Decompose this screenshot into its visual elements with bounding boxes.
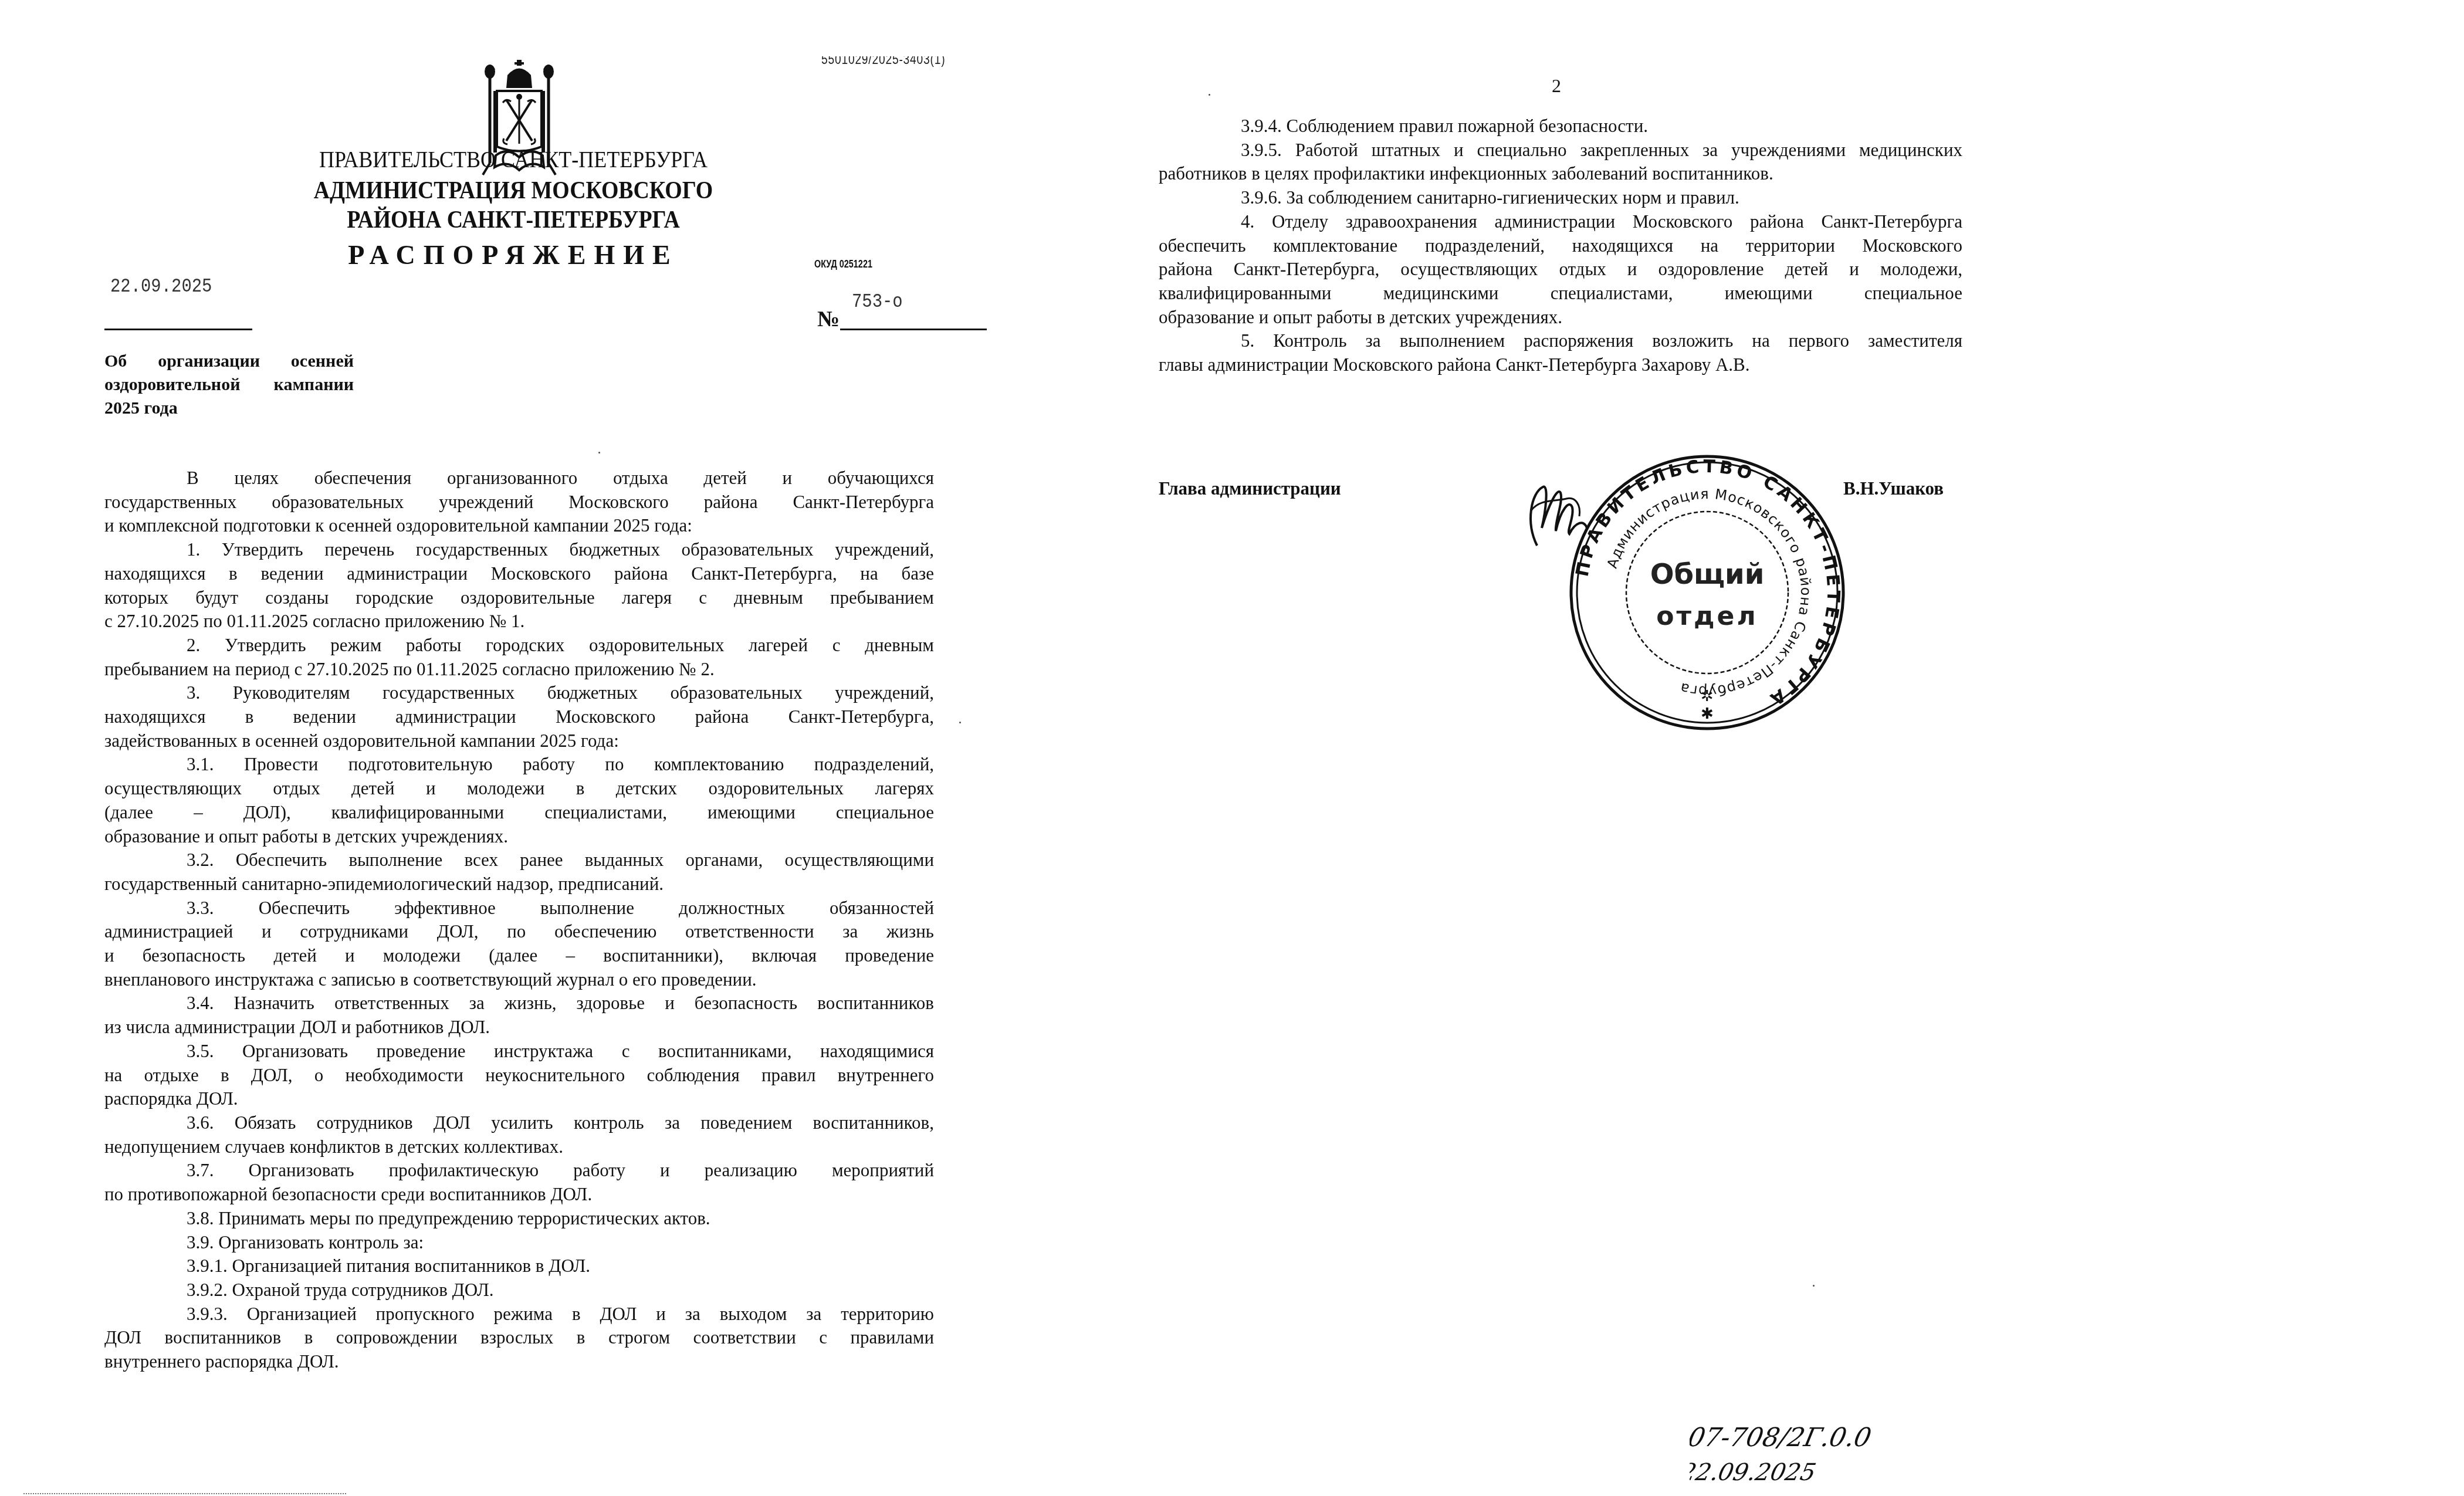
paragraph: 3.9.2. Охраной труда сотрудников ДОЛ. [104, 1278, 934, 1302]
paragraph: 5. Контроль за выполнением распоряжения … [1159, 329, 1962, 377]
paragraph: 3.9.3. Организацией пропускного режима в… [104, 1302, 934, 1374]
text-line: осуществляющих отдых детей и молодежи в … [104, 777, 934, 801]
page-2-body: 3.9.4. Соблюдением правил пожарной безоп… [1159, 114, 1962, 377]
scan-speck [598, 452, 600, 453]
subject-line: Об организации осенней [104, 350, 354, 373]
paragraph: 3.9. Организовать контроль за: [104, 1231, 934, 1255]
text-line: 3.9.5. Работой штатных и специально закр… [1159, 138, 1962, 163]
svg-text:Администрация Московского райо: Администрация Московского района Санкт-П… [1604, 486, 1814, 699]
document-number: 753-о [852, 291, 903, 313]
paragraph: 3.6. Обязать сотрудников ДОЛ усилить кон… [104, 1111, 934, 1159]
text-line: 3.1. Провести подготовительную работу по… [104, 753, 934, 777]
text-line: 3.7. Организовать профилактическую работ… [104, 1159, 934, 1183]
text-line: (далее – ДОЛ), квалифицированными специа… [104, 801, 934, 825]
government-title: ПРАВИТЕЛЬСТВО САНКТ-ПЕТЕРБУРГА [270, 145, 756, 173]
paragraph: 3.9.4. Соблюдением правил пожарной безоп… [1159, 114, 1962, 138]
text-line: 4. Отделу здравоохранения администрации … [1159, 210, 1962, 234]
text-line: находящихся в ведении администрации Моск… [104, 705, 934, 729]
administration-line: АДМИНИСТРАЦИЯ МОСКОВСКОГО [270, 176, 756, 205]
scan-speck [959, 722, 961, 723]
paragraph: 3.8. Принимать меры по предупреждению те… [104, 1207, 934, 1231]
text-line: с 27.10.2025 по 01.11.2025 согласно прил… [104, 610, 934, 634]
paragraph: 3.9.6. За соблюдением санитарно-гигиенич… [1159, 186, 1962, 210]
text-line: образование и опыт работы в детских учре… [104, 825, 934, 849]
text-line: находящихся в ведении администрации Моск… [104, 562, 934, 586]
document-date: 22.09.2025 [110, 276, 212, 298]
text-line: 3.5. Организовать проведение инструктажа… [104, 1040, 934, 1064]
text-line: 3.8. Принимать меры по предупреждению те… [104, 1207, 934, 1231]
text-line: 3.9.6. За соблюдением санитарно-гигиенич… [1159, 186, 1962, 210]
text-line: 3.2. Обеспечить выполнение всех ранее вы… [104, 848, 934, 872]
signatory-role: Глава администрации [1159, 478, 1341, 499]
text-line: ДОЛ воспитанников в сопровождении взросл… [104, 1326, 934, 1350]
text-line: 3.6. Обязать сотрудников ДОЛ усилить кон… [104, 1111, 934, 1135]
text-line: из числа администрации ДОЛ и работников … [104, 1016, 934, 1040]
text-line: обеспечить комплектование подразделений,… [1159, 234, 1962, 258]
text-line: 3.9.4. Соблюдением правил пожарной безоп… [1159, 114, 1962, 138]
paragraph: 3.4. Назначить ответственных за жизнь, з… [104, 991, 934, 1039]
stamp-center-line: Общий [1650, 558, 1765, 591]
text-line: на отдыхе в ДОЛ, о необходимости неукосн… [104, 1064, 934, 1088]
scan-speck [1209, 94, 1210, 96]
handwritten-registration-note: 07-708/2Г.0.0 22.09.2025 [1690, 1405, 1971, 1493]
number-label: № [817, 306, 840, 332]
text-line: внутреннего распорядка ДОЛ. [104, 1350, 934, 1374]
paragraph: 3.9.1. Организацией питания воспитаннико… [104, 1254, 934, 1278]
text-line: 3.3. Обеспечить эффективное выполнение д… [104, 896, 934, 920]
svg-text:✱: ✱ [1701, 705, 1714, 723]
text-line: района Санкт-Петербурга, осуществляющих … [1159, 258, 1962, 282]
administration-line: РАЙОНА САНКТ-ПЕТЕРБУРГА [270, 205, 756, 235]
text-line: по противопожарной безопасности среди во… [104, 1183, 934, 1207]
text-line: 3.4. Назначить ответственных за жизнь, з… [104, 991, 934, 1016]
signatory-name: В.Н.Ушаков [1843, 478, 1944, 499]
text-line: 3.9.2. Охраной труда сотрудников ДОЛ. [104, 1278, 934, 1302]
okud-code: ОКУД 0251221 [814, 258, 872, 270]
paragraph: 3.2. Обеспечить выполнение всех ранее вы… [104, 848, 934, 896]
handwritten-line: 22.09.2025 [1690, 1458, 1819, 1485]
text-line: недопущением случаев конфликтов в детски… [104, 1135, 934, 1159]
paragraph: 1. Утвердить перечень государственных бю… [104, 538, 934, 634]
paragraph: 3.1. Провести подготовительную работу по… [104, 753, 934, 848]
number-underline [840, 329, 987, 330]
text-line: пребыванием на период с 27.10.2025 по 01… [104, 658, 934, 682]
date-underline [104, 329, 252, 330]
text-line: 3. Руководителям государственных бюджетн… [104, 681, 934, 705]
scan-edge-line [23, 1493, 346, 1494]
paragraph: 3.3. Обеспечить эффективное выполнение д… [104, 896, 934, 992]
text-line: 3.9.3. Организацией пропускного режима в… [104, 1302, 934, 1326]
document-subject: Об организации осенней оздоровительной к… [104, 350, 354, 420]
text-line: государственный санитарно-эпидемиологиче… [104, 872, 934, 896]
document-type: РАСПОРЯЖЕНИЕ [243, 239, 783, 270]
handwritten-line: 07-708/2Г.0.0 [1690, 1423, 1874, 1452]
page-number: 2 [1552, 75, 1561, 97]
paragraph: В целях обеспечения организованного отды… [104, 466, 934, 538]
text-line: которых будут созданы городские оздорови… [104, 586, 934, 610]
text-line: внепланового инструктажа с записью в соо… [104, 968, 934, 992]
text-line: и комплексной подготовки к осенней оздор… [104, 514, 934, 538]
official-stamp-icon: ПРАВИТЕЛЬСТВО САНКТ-ПЕТЕРБУРГА Администр… [1525, 452, 1854, 733]
text-line: В целях обеспечения организованного отды… [104, 466, 934, 490]
stamp-center-line: отдел [1656, 601, 1758, 631]
paragraph: 2. Утвердить режим работы городских оздо… [104, 634, 934, 681]
text-line: и безопасность детей и молодежи (далее –… [104, 944, 934, 968]
text-line: распорядка ДОЛ. [104, 1087, 934, 1111]
text-line: квалифицированными медицинскими специали… [1159, 282, 1962, 306]
paragraph: 3. Руководителям государственных бюджетн… [104, 681, 934, 753]
text-line: главы администрации Московского района С… [1159, 353, 1962, 377]
text-line: работников в целях профилактики инфекцио… [1159, 162, 1962, 186]
text-line: образование и опыт работы в детских учре… [1159, 306, 1962, 330]
subject-line: 2025 года [104, 397, 354, 420]
administration-title: АДМИНИСТРАЦИЯ МОСКОВСКОГО РАЙОНА САНКТ-П… [270, 176, 756, 235]
text-line: 3.9.1. Организацией питания воспитаннико… [104, 1254, 934, 1278]
scan-speck [1813, 1285, 1815, 1287]
text-line: 3.9. Организовать контроль за: [104, 1231, 934, 1255]
subject-line: оздоровительной кампании [104, 373, 354, 397]
text-line: 5. Контроль за выполнением распоряжения … [1159, 329, 1962, 353]
stamp-middle-text: Администрация Московского района Санкт-П… [1604, 486, 1814, 699]
text-line: 1. Утвердить перечень государственных бю… [104, 538, 934, 562]
paragraph: 3.9.5. Работой штатных и специально закр… [1159, 138, 1962, 186]
page-1-body: В целях обеспечения организованного отды… [104, 466, 934, 1374]
paragraph: 4. Отделу здравоохранения администрации … [1159, 210, 1962, 330]
text-line: задействованных в осенней оздоровительно… [104, 729, 934, 753]
text-line: администрацией и сотрудниками ДОЛ, по об… [104, 920, 934, 944]
text-line: 2. Утвердить режим работы городских оздо… [104, 634, 934, 658]
text-line: государственных образовательных учрежден… [104, 490, 934, 515]
paragraph: 3.5. Организовать проведение инструктажа… [104, 1040, 934, 1111]
svg-text:✲: ✲ [1701, 688, 1714, 705]
paragraph: 3.7. Организовать профилактическую работ… [104, 1159, 934, 1206]
registration-number: 5501029/2025-3403(1) [821, 52, 945, 68]
